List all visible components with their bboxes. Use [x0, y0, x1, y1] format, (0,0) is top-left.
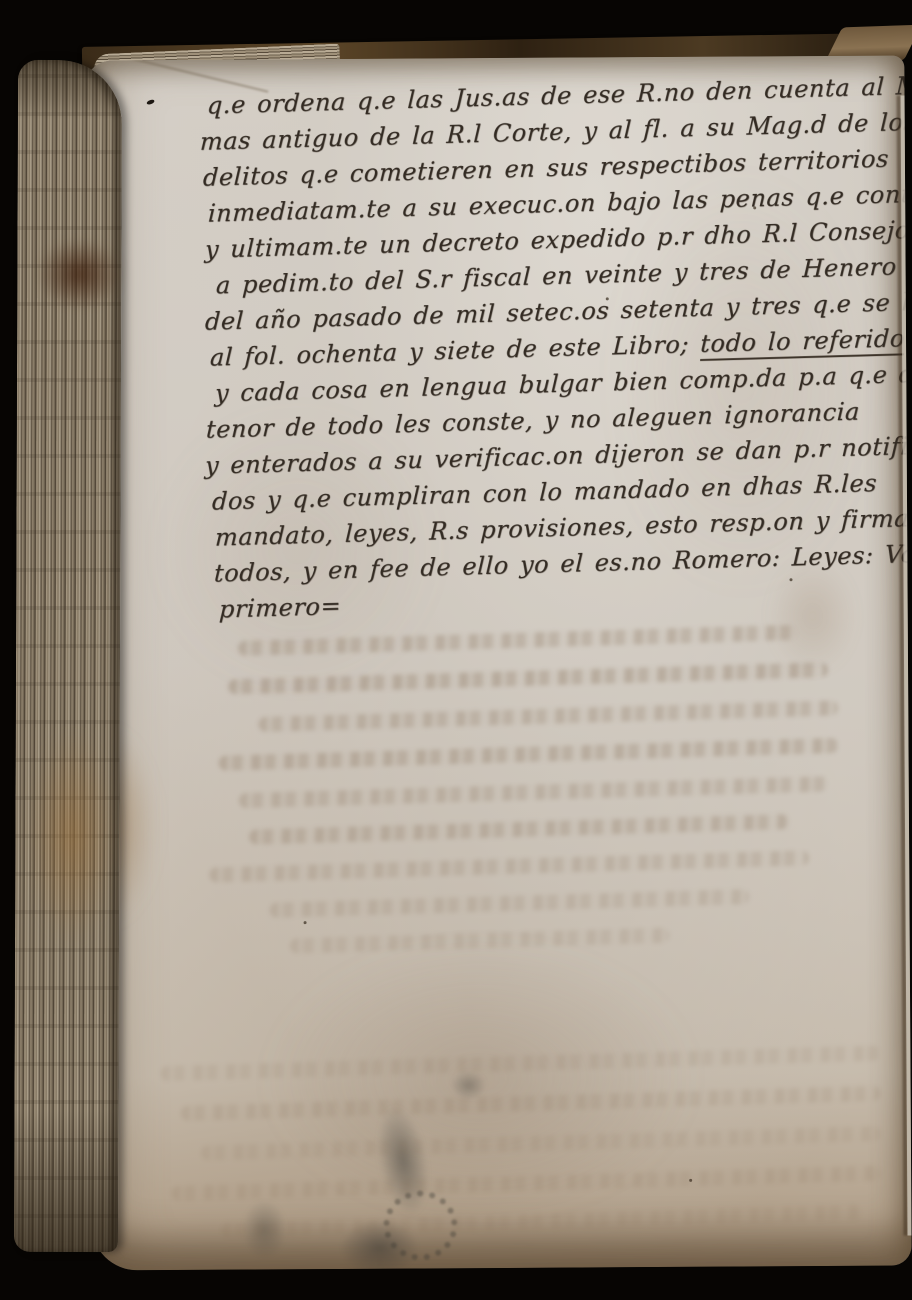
handwritten-text: q.e ordena q.e las Jus.as de ese R.no de… [202, 69, 907, 628]
bleedthrough-line [239, 776, 829, 808]
ink-fleck [146, 99, 155, 106]
speck [304, 921, 307, 924]
manuscript-page: q.e ordena q.e las Jus.as de ese R.no de… [84, 56, 911, 1271]
fore-edge-dark-stain [35, 238, 123, 310]
bleedthrough-line [218, 738, 838, 771]
manuscript-photo: q.e ordena q.e las Jus.as de ese R.no de… [0, 0, 912, 1300]
underlined-phrase: todo lo referido [700, 324, 906, 361]
bleedthrough-line [258, 700, 838, 732]
page-edges-stack [14, 60, 122, 1252]
bleedthrough-line [269, 889, 749, 918]
fore-edge-damp-stain [29, 732, 116, 942]
bleedthrough-line [249, 814, 789, 845]
bleedthrough-line [209, 850, 809, 882]
grey-smudge [450, 1070, 486, 1100]
